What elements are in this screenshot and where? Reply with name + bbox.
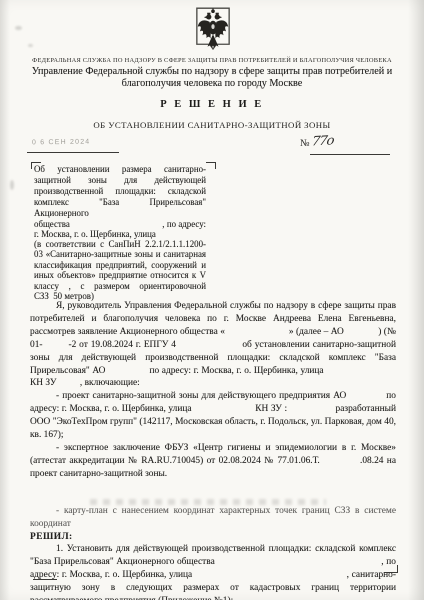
annotation-block: Об установлении размера санитарно-защитн… — [34, 164, 206, 240]
clause-1: 1. Установить для действующей производст… — [30, 543, 396, 600]
date-underline — [27, 152, 119, 153]
document-type-title: Р Е Ш Е Н И Е — [0, 99, 424, 110]
list-item-map: - карту-план с нанесением координат хара… — [30, 505, 396, 531]
coat-of-arms-icon — [194, 6, 232, 54]
number-value-handwritten: 77о — [311, 133, 334, 149]
sanpin-note: (в соответствии с СанПиН 2.2.1/2.1.1.120… — [34, 239, 206, 301]
number-label: № — [300, 138, 310, 149]
scan-speck — [10, 180, 14, 190]
date-stamp: 0 6 СЕН 2024 — [32, 139, 90, 147]
resolved-heading: РЕШИЛ: — [30, 531, 396, 544]
bottom-right-corner-mark — [384, 565, 398, 573]
document-body: Я, руководитель Управления Федеральной с… — [30, 300, 396, 600]
list-item-expert: - экспертное заключение ФБУЗ «Центр гиги… — [30, 442, 396, 481]
blank-gap — [30, 481, 396, 499]
scanned-document-page: ФЕДЕРАЛЬНАЯ СЛУЖБА ПО НАДЗОРУ В СФЕРЕ ЗА… — [0, 0, 424, 600]
scan-speck — [28, 44, 33, 47]
scan-speck — [15, 26, 22, 30]
corner-bracket-top-left — [31, 162, 41, 169]
bottom-left-mark — [33, 579, 57, 580]
department-name: Управление Федеральной службы по надзору… — [27, 66, 397, 89]
list-item-project: - проект санитарно-защитной зоны для дей… — [30, 390, 396, 442]
intro-paragraph: Я, руководитель Управления Федеральной с… — [30, 300, 396, 390]
number-underline — [310, 154, 390, 155]
agency-name: ФЕДЕРАЛЬНАЯ СЛУЖБА ПО НАДЗОРУ В СФЕРЕ ЗА… — [12, 57, 412, 64]
corner-bracket-top-right — [206, 162, 216, 169]
document-subject: ОБ УСТАНОВЛЕНИИ САНИТАРНО-ЗАЩИТНОЙ ЗОНЫ — [0, 120, 424, 130]
